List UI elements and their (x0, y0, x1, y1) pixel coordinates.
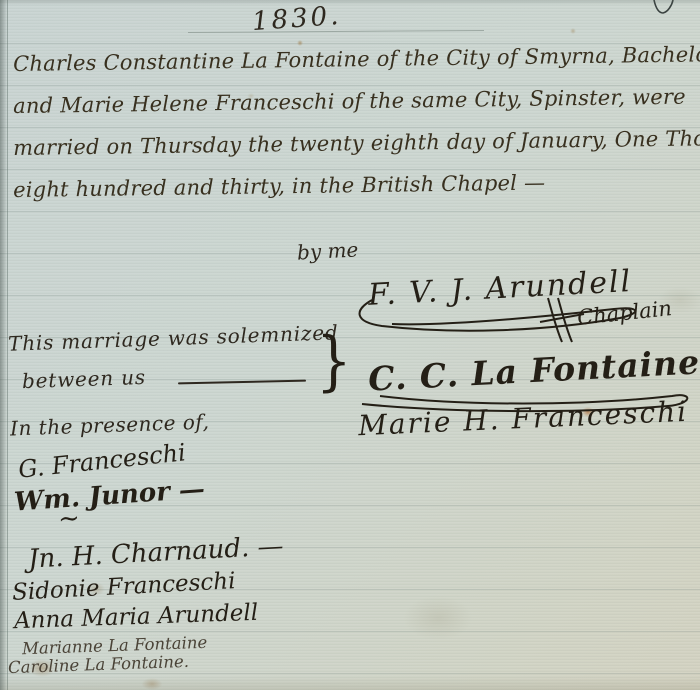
record-line-4: eight hundred and thirty, in the British… (13, 171, 545, 202)
register-page: 1830. Charles Constantine La Fontaine of… (0, 0, 700, 690)
record-line-1: Charles Constantine La Fontaine of the C… (13, 42, 700, 76)
curly-brace: } (316, 330, 352, 394)
witness-signature: Anna Maria Arundell (14, 600, 259, 635)
junor-flourish: ∼ (57, 503, 81, 534)
solemnized-line-2: between us (22, 365, 147, 393)
record-line-3: married on Thursday the twenty eighth da… (13, 125, 700, 160)
bride-signature: Marie H. Franceschi (357, 395, 688, 442)
groom-signature: C. C. La Fontaine (367, 342, 700, 398)
presence-label: In the presence of, (10, 410, 210, 441)
witness-signature: Jn. H. Charnaud. — (27, 531, 284, 574)
solemnized-line-1: This marriage was solemnized (8, 320, 339, 356)
year-underline (188, 30, 484, 33)
record-line-2: and Marie Helene Franceschi of the same … (13, 85, 686, 118)
pen-checkmark-icon (648, 0, 684, 20)
dash-stroke (178, 380, 306, 385)
by-me-label: by me (296, 237, 358, 264)
